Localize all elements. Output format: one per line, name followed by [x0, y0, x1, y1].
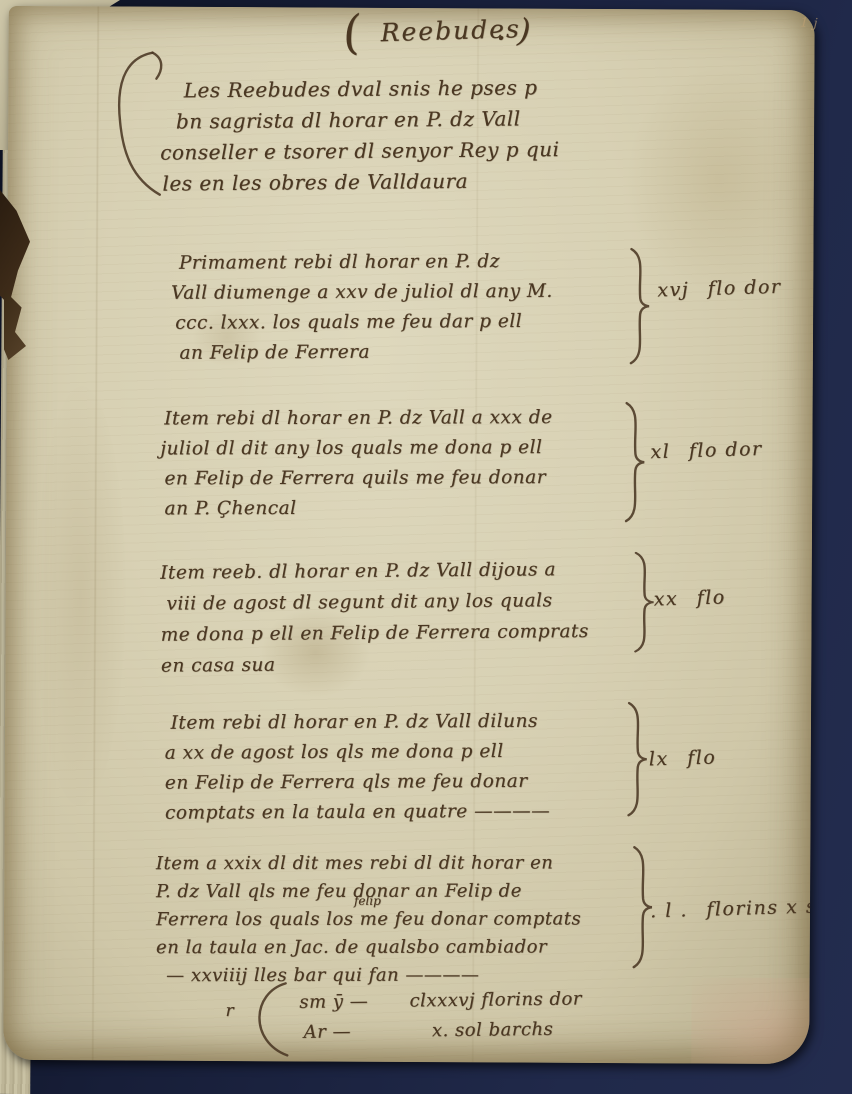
manuscript-photo: ( Reebudes . ) Les Reebudes dval snis he… [0, 0, 852, 1094]
entry-line: juliol dl dit any los quals me dona p el… [160, 433, 552, 464]
entry-line: comptats en la taula en quatre ———— [165, 797, 550, 829]
entry-brace [622, 401, 649, 523]
entry-line: Vall diumenge a xxv de juliol dl any M. [171, 277, 553, 309]
entry-amount: xvj flo dor [657, 276, 782, 302]
sum-mark: r [225, 1001, 234, 1021]
interlinear-correction: felip [354, 894, 381, 908]
manuscript-page: ( Reebudes . ) Les Reebudes dval snis he… [3, 6, 815, 1064]
repair-patch [691, 977, 815, 1064]
sum-rows: sm ȳ — clxxxvj florins dor Ar — x. sol b… [299, 984, 582, 1047]
entry-line: Item reeb. dl horar en P. dz Vall dijous… [160, 554, 588, 589]
entry-line: ccc. lxxx. los quals me feu dar p ell [175, 307, 553, 339]
entry-line: en Felip de Ferrera qls me feu donar [165, 767, 550, 799]
title-flourish-right: . ) [495, 9, 532, 49]
ledger-entry: Item rebi dl horar en P. dz Vall a xxx d… [164, 403, 553, 524]
ledger-entry: Item a xxix dl dit mes rebi dl dit horar… [156, 849, 582, 990]
page-discoloration [35, 386, 127, 806]
heading-paragraph: Les Reebudes dval snis he pses p bn sagr… [176, 72, 560, 199]
entry-amount: lx flo [649, 746, 717, 770]
entry-line: an Felip de Ferrera [179, 337, 553, 369]
entry-line: Item a xxix dl dit mes rebi dl dit horar… [156, 849, 581, 878]
entry-line: a xx de agost los qls me dona p ell [165, 737, 550, 769]
entry-line: en la taula en Jac. de qualsbo cambiador [156, 933, 581, 962]
heading-line: conseller e tsorer dl senyor Rey p qui [160, 134, 559, 168]
sum-value: clxxxvj florins dor [409, 988, 582, 1011]
title-flourish-left: ( [339, 6, 365, 61]
sum-value: x. sol barchs [432, 1019, 554, 1041]
page-discoloration [627, 69, 808, 290]
ledger-entry: Item rebi dl horar en P. dz Vall diluns … [164, 707, 550, 829]
folio-number: 1 j [800, 16, 819, 32]
heading-line: Les Reebudes dval snis he pses p [184, 72, 559, 106]
entry-line: en Felip de Ferrera quils me feu donar [164, 463, 552, 494]
fold-crease [91, 6, 100, 1060]
entry-line: viii de agost dl segunt dit any los qual… [166, 585, 588, 620]
entry-brace [627, 247, 654, 365]
entry-line: Ferrera los quals los me feu donar compt… [156, 905, 581, 934]
heading-line: bn sagrista dl horar en P. dz Vall [176, 103, 559, 137]
sum-row: sm ȳ — clxxxvj florins dor [299, 984, 582, 1017]
sum-brace [243, 979, 291, 1059]
entry-line: Item rebi dl horar en P. dz Vall diluns [170, 707, 549, 739]
ledger-entry: Item reeb. dl horar en P. dz Vall dijous… [160, 554, 589, 682]
entry-amount: xl flo dor [650, 438, 763, 463]
entry-line: Item rebi dl horar en P. dz Vall a xxx d… [164, 403, 552, 434]
sum-label: sm ȳ — [299, 987, 403, 1018]
sum-label: Ar — [303, 1017, 407, 1048]
entry-line: me dona p ell en Felip de Ferrera compra… [161, 616, 589, 651]
entry-brace [625, 701, 652, 817]
entry-line: an P. Çhencal [164, 493, 552, 524]
entry-line: en casa sua [161, 647, 589, 682]
entry-amount: xx flo [653, 586, 726, 610]
sum-row: Ar — x. sol barchs [299, 1014, 582, 1047]
entry-amount: . l . florins x ss [650, 895, 815, 922]
entry-line: Primament rebi dl horar en P. dz [179, 247, 553, 279]
heading-line: les en les obres de Valldaura [162, 165, 559, 199]
ledger-entry: Primament rebi dl horar en P. dz Vall di… [179, 247, 553, 369]
